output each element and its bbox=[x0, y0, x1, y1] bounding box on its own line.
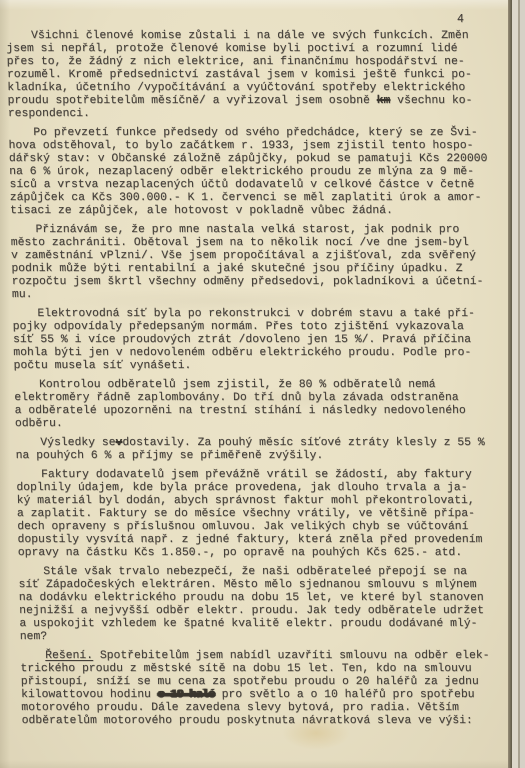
paragraph-9: Řešení. Spotřebitelům jsem nabídl uzavří… bbox=[20, 650, 508, 728]
paragraph-7: Faktury dodavatelů jsem převážně vrátil … bbox=[16, 469, 508, 560]
paragraph-5: Kontrolou odběratelů jsem zjistil, že 80… bbox=[14, 379, 508, 431]
paragraph-text: Po převzetí funkce předsedy od svého pře… bbox=[8, 127, 487, 217]
paragraph-text: Elektrovodná síť byla po rekonstrukci v … bbox=[13, 308, 475, 372]
paragraph-2: Po převzetí funkce předsedy od svého pře… bbox=[8, 127, 508, 218]
blotted-out-text: o 10 halé bbox=[158, 689, 215, 701]
paragraph-6: Výsledky sevdostavily. Za pouhý měsíc sí… bbox=[15, 437, 508, 463]
overstruck-text: km bbox=[377, 95, 391, 107]
scanned-document-page: 4 Všichni členové komise zůstali i na dá… bbox=[0, 0, 525, 768]
paper-top-highlight bbox=[0, 0, 508, 10]
paper-sheet: 4 Všichni členové komise zůstali i na dá… bbox=[0, 0, 508, 768]
page-number: 4 bbox=[457, 13, 464, 26]
paragraph-4: Elektrovodná síť byla po rekonstrukci v … bbox=[12, 308, 508, 373]
paragraph-3: Přiznávám se, že pro mne nastala velká s… bbox=[10, 224, 508, 302]
paragraph-text: Kontrolou odběratelů jsem zjistil, že 80… bbox=[14, 379, 466, 430]
paragraph-text: Stále však trvalo nebezpečí, že naši odb… bbox=[18, 566, 484, 643]
paragraph-8: Stále však trvalo nebezpečí, že naši odb… bbox=[18, 566, 508, 644]
paragraph-text: Přiznávám se, že pro mne nastala velká s… bbox=[11, 224, 484, 301]
scan-outer-background bbox=[520, 0, 525, 768]
paragraph-text: Faktury dodavatelů jsem převážně vrátil … bbox=[16, 469, 482, 559]
paragraph-text: Výsledky se bbox=[40, 437, 115, 449]
paragraph-1: Všichni členové komise zůstali i na dále… bbox=[6, 30, 508, 121]
paper-bottom-shadow bbox=[0, 760, 508, 768]
document-body: Všichni členové komise zůstali i na dále… bbox=[6, 30, 508, 734]
reseni-heading: Řešení. bbox=[45, 650, 93, 662]
